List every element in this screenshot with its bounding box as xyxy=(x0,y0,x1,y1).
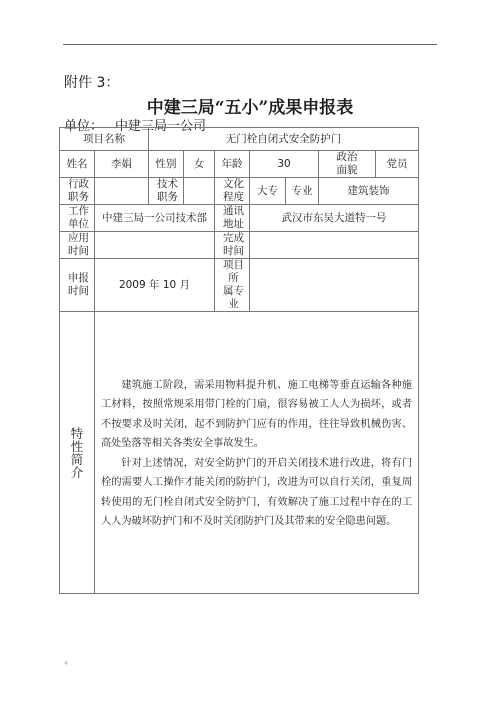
education-value: 大专 xyxy=(250,178,286,205)
name-label: 姓名 xyxy=(60,151,95,178)
major-label: 专业 xyxy=(286,178,319,205)
admin-post-value xyxy=(95,178,149,205)
work-unit-value: 中建三局一公司技术部 xyxy=(95,205,215,232)
row-work-unit: 工作单位 中建三局一公司技术部 通讯地址 武汉市东吴大道特一号 xyxy=(60,205,419,232)
project-name-value: 无门栓自闭式安全防护门 xyxy=(149,128,419,151)
political-value: 党员 xyxy=(376,151,419,178)
gender-label: 性别 xyxy=(149,151,184,178)
age-value: 30 xyxy=(250,151,319,178)
row-posts: 行政职务 技术职务 文化程度 大专 专业 建筑装饰 xyxy=(60,178,419,205)
name-value: 李娟 xyxy=(95,151,149,178)
tech-post-value xyxy=(184,178,215,205)
apply-time-value xyxy=(95,232,215,259)
apply-time-label: 应用时间 xyxy=(60,232,95,259)
work-unit-label: 工作单位 xyxy=(60,205,95,232)
project-major-label: 项目所属专业 xyxy=(215,259,250,312)
row-features: 特 性 简 介 建筑施工阶段，需采用物料提升机、施工电梯等垂直运输各种施工材料，… xyxy=(60,312,419,594)
project-name-label: 项目名称 xyxy=(60,128,149,151)
header-mark: . xyxy=(433,38,435,44)
finish-time-value xyxy=(250,232,419,259)
report-time-label: 申报时间 xyxy=(60,259,95,312)
finish-time-label: 完成时间 xyxy=(215,232,250,259)
address-label: 通讯地址 xyxy=(215,205,250,232)
political-label: 政治面貌 xyxy=(319,151,376,178)
application-form-table: 项目名称 无门栓自闭式安全防护门 姓名 李娟 性别 女 年龄 30 政治面貌 党… xyxy=(59,127,419,594)
attachment-label: 附件 3： xyxy=(64,72,119,92)
admin-post-label: 行政职务 xyxy=(60,178,95,205)
page-number: 4 xyxy=(64,660,68,667)
features-paragraph: 针对上述情况，对安全防护门的开启关闭技术进行改进，将有门栓的需要人工操作才能关闭… xyxy=(101,454,412,532)
report-time-value: 2009 年 10 月 xyxy=(95,259,215,312)
row-report: 申报时间 2009 年 10 月 项目所属专业 xyxy=(60,259,419,312)
gender-value: 女 xyxy=(184,151,215,178)
major-value: 建筑装饰 xyxy=(319,178,419,205)
project-major-value xyxy=(250,259,419,312)
features-paragraph: 建筑施工阶段，需采用物料提升机、施工电梯等垂直运输各种施工材料，按照常规采用带门… xyxy=(101,376,412,454)
features-description: 建筑施工阶段，需采用物料提升机、施工电梯等垂直运输各种施工材料，按照常规采用带门… xyxy=(95,312,419,594)
features-label: 特 性 简 介 xyxy=(60,312,95,594)
row-project-name: 项目名称 无门栓自闭式安全防护门 xyxy=(60,128,419,151)
education-label: 文化程度 xyxy=(215,178,250,205)
age-label: 年龄 xyxy=(215,151,250,178)
tech-post-label: 技术职务 xyxy=(149,178,184,205)
address-value: 武汉市东吴大道特一号 xyxy=(250,205,419,232)
row-personal: 姓名 李娟 性别 女 年龄 30 政治面貌 党员 xyxy=(60,151,419,178)
row-times: 应用时间 完成时间 xyxy=(60,232,419,259)
header-rule xyxy=(63,44,437,45)
